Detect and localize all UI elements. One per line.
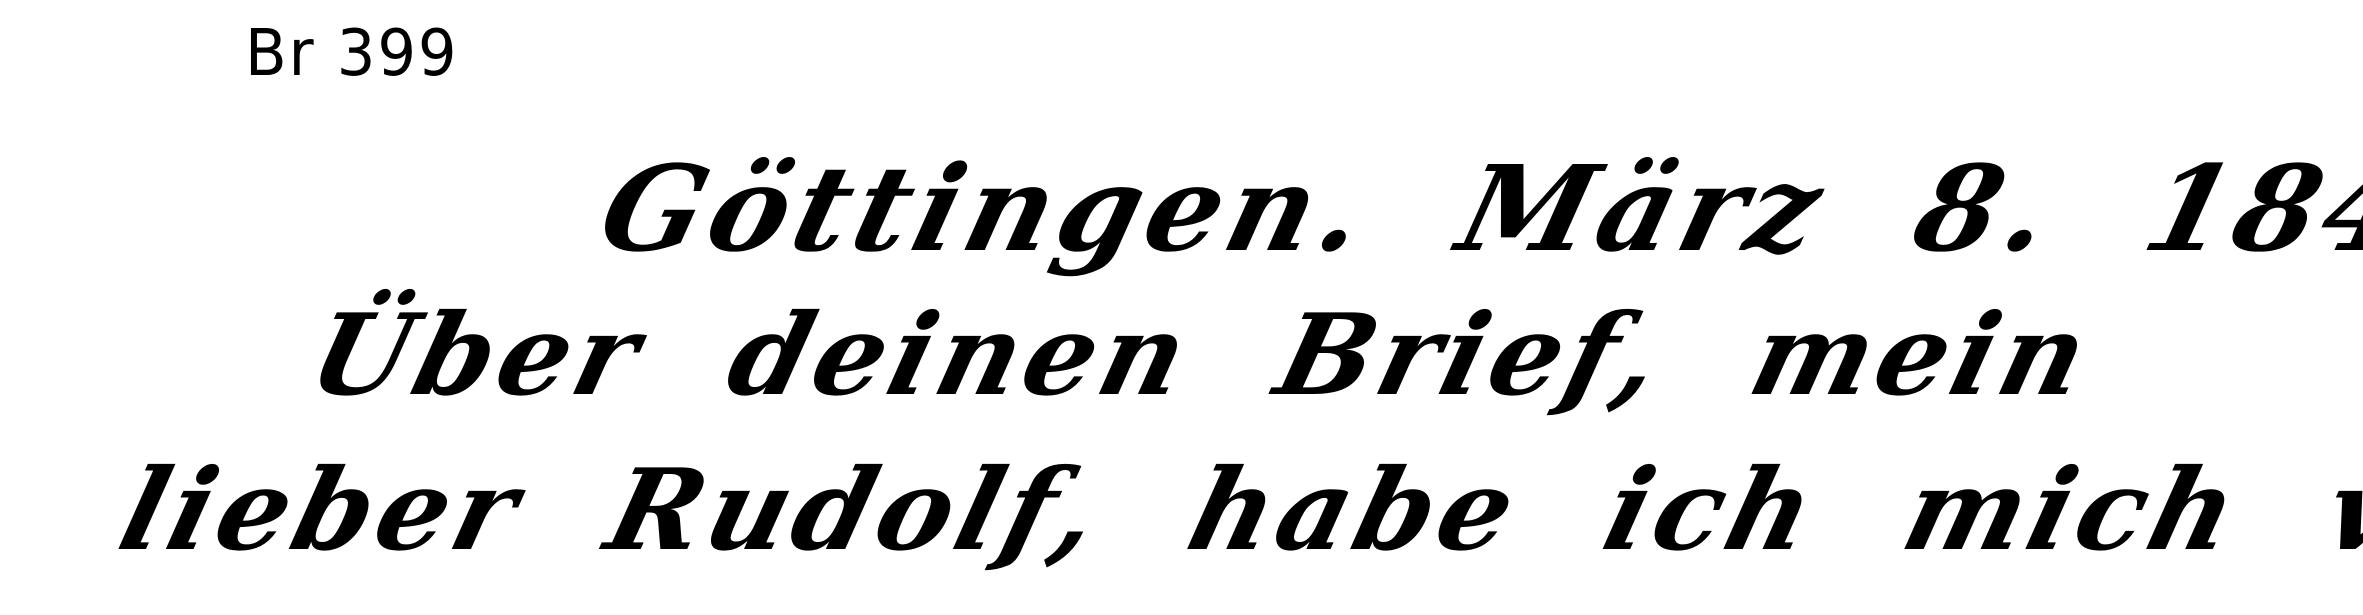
letter-line-1: Göttingen. März 8. 1842, xyxy=(590,150,2363,268)
letter-word: habe xyxy=(1179,455,1531,567)
letter-word: mein xyxy=(1741,300,2103,412)
letter-word: deinen xyxy=(718,300,1202,412)
year-word: 1842, xyxy=(2134,150,2363,268)
day-word: 8. xyxy=(1904,150,2069,268)
letter-word: ich xyxy=(1594,455,1829,567)
letter-page: Br 399 Göttingen. März 8. 1842, Über dei… xyxy=(0,0,2363,615)
letter-line-2: Über deinen Brief, mein xyxy=(300,300,2102,412)
letter-word: Brief, xyxy=(1266,300,1676,412)
letter-word: mich xyxy=(1893,455,2252,567)
letter-word: Über xyxy=(300,300,654,412)
letter-line-3: lieber Rudolf, habe ich mich von xyxy=(110,455,2363,567)
month-word: März xyxy=(1449,150,1839,268)
archive-mark: Br 399 xyxy=(245,22,458,86)
letter-word: von xyxy=(2316,455,2363,567)
letter-word: lieber xyxy=(110,455,533,567)
recipient-name: Rudolf, xyxy=(597,455,1115,567)
place-word: Göttingen. xyxy=(590,150,1383,268)
